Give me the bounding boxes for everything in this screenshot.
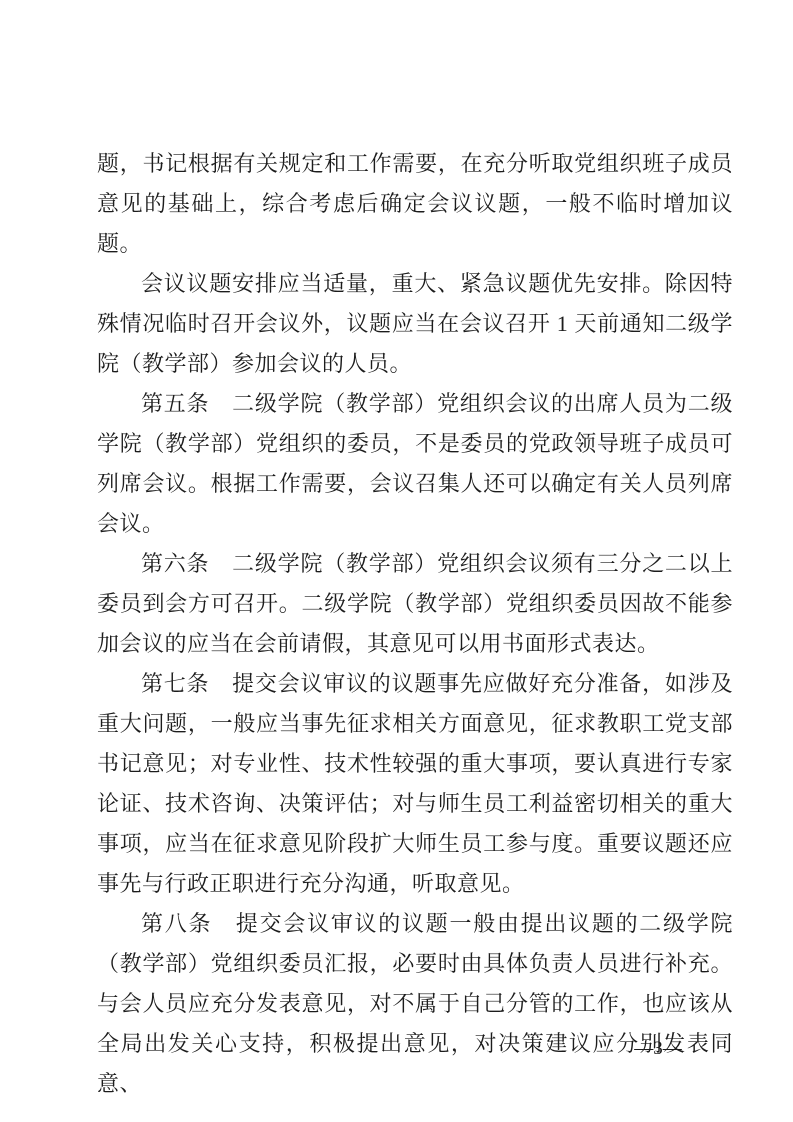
document-body: 题，书记根据有关规定和工作需要，在充分听取党组织班子成员意见的基础上，综合考虑后… <box>97 144 733 1104</box>
paragraph: 第五条 二级学院（教学部）党组织会议的出席人员为二级学院（教学部）党组织的委员，… <box>97 384 733 544</box>
paragraph: 第七条 提交会议审议的议题事先应做好充分准备，如涉及重大问题，一般应当事先征求相… <box>97 664 733 904</box>
paragraph: 第六条 二级学院（教学部）党组织会议须有三分之二以上委员到会方可召开。二级学院（… <box>97 544 733 664</box>
page-number: —3— <box>630 1038 686 1060</box>
paragraph: 题，书记根据有关规定和工作需要，在充分听取党组织班子成员意见的基础上，综合考虑后… <box>97 144 733 264</box>
document-page: 题，书记根据有关规定和工作需要，在充分听取党组织班子成员意见的基础上，综合考虑后… <box>0 0 793 1122</box>
paragraph: 会议议题安排应当适量，重大、紧急议题优先安排。除因特殊情况临时召开会议外，议题应… <box>97 264 733 384</box>
paragraph: 第八条 提交会议审议的议题一般由提出议题的二级学院（教学部）党组织委员汇报，必要… <box>97 904 733 1104</box>
